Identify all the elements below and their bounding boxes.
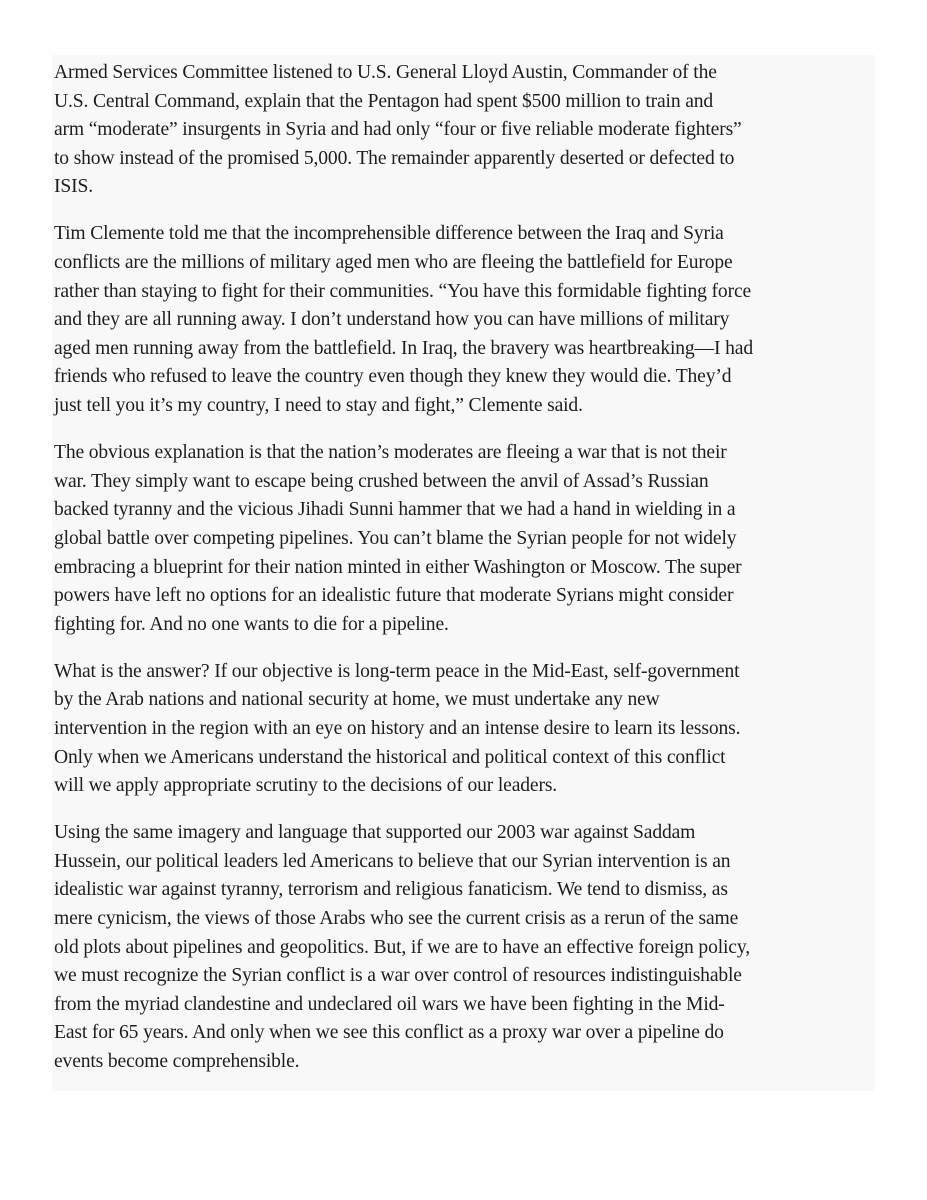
text-line: from the myriad clandestine and undeclar… xyxy=(54,991,875,1020)
text-line: conflicts are the millions of military a… xyxy=(54,249,875,278)
article-body: Armed Services Committee listened to U.S… xyxy=(52,55,875,1091)
text-line: events become comprehensible. xyxy=(54,1048,875,1077)
text-line: backed tyranny and the vicious Jihadi Su… xyxy=(54,496,875,525)
text-line: idealistic war against tyranny, terroris… xyxy=(54,876,875,905)
text-line: Tim Clemente told me that the incomprehe… xyxy=(54,220,875,249)
text-line: and they are all running away. I don’t u… xyxy=(54,306,875,335)
text-line: mere cynicism, the views of those Arabs … xyxy=(54,905,875,934)
text-line: Using the same imagery and language that… xyxy=(54,819,875,848)
text-line: global battle over competing pipelines. … xyxy=(54,525,875,554)
text-line: East for 65 years. And only when we see … xyxy=(54,1019,875,1048)
text-line: rather than staying to fight for their c… xyxy=(54,278,875,307)
text-line: old plots about pipelines and geopolitic… xyxy=(54,934,875,963)
text-line: just tell you it’s my country, I need to… xyxy=(54,392,875,421)
text-line: fighting for. And no one wants to die fo… xyxy=(54,611,875,640)
text-line: friends who refused to leave the country… xyxy=(54,363,875,392)
text-line: Armed Services Committee listened to U.S… xyxy=(54,59,875,88)
text-line: aged men running away from the battlefie… xyxy=(54,335,875,364)
text-line: will we apply appropriate scrutiny to th… xyxy=(54,772,875,801)
text-line: intervention in the region with an eye o… xyxy=(54,715,875,744)
text-line: Hussein, our political leaders led Ameri… xyxy=(54,848,875,877)
text-line: The obvious explanation is that the nati… xyxy=(54,439,875,468)
text-line: Only when we Americans understand the hi… xyxy=(54,744,875,773)
text-line: we must recognize the Syrian conflict is… xyxy=(54,962,875,991)
paragraph-pentagon-training: Armed Services Committee listened to U.S… xyxy=(54,59,875,202)
paragraph-clemente-quote: Tim Clemente told me that the incomprehe… xyxy=(54,220,875,420)
paragraph-proxy-war: Using the same imagery and language that… xyxy=(54,819,875,1076)
text-line: arm “moderate” insurgents in Syria and h… xyxy=(54,116,875,145)
text-line: by the Arab nations and national securit… xyxy=(54,686,875,715)
text-line: U.S. Central Command, explain that the P… xyxy=(54,88,875,117)
paragraph-obvious-explanation: The obvious explanation is that the nati… xyxy=(54,439,875,639)
text-line: to show instead of the promised 5,000. T… xyxy=(54,145,875,174)
text-line: ISIS. xyxy=(54,173,875,202)
text-line: powers have left no options for an ideal… xyxy=(54,582,875,611)
paragraph-the-answer: What is the answer? If our objective is … xyxy=(54,658,875,801)
text-line: What is the answer? If our objective is … xyxy=(54,658,875,687)
text-line: war. They simply want to escape being cr… xyxy=(54,468,875,497)
text-line: embracing a blueprint for their nation m… xyxy=(54,554,875,583)
